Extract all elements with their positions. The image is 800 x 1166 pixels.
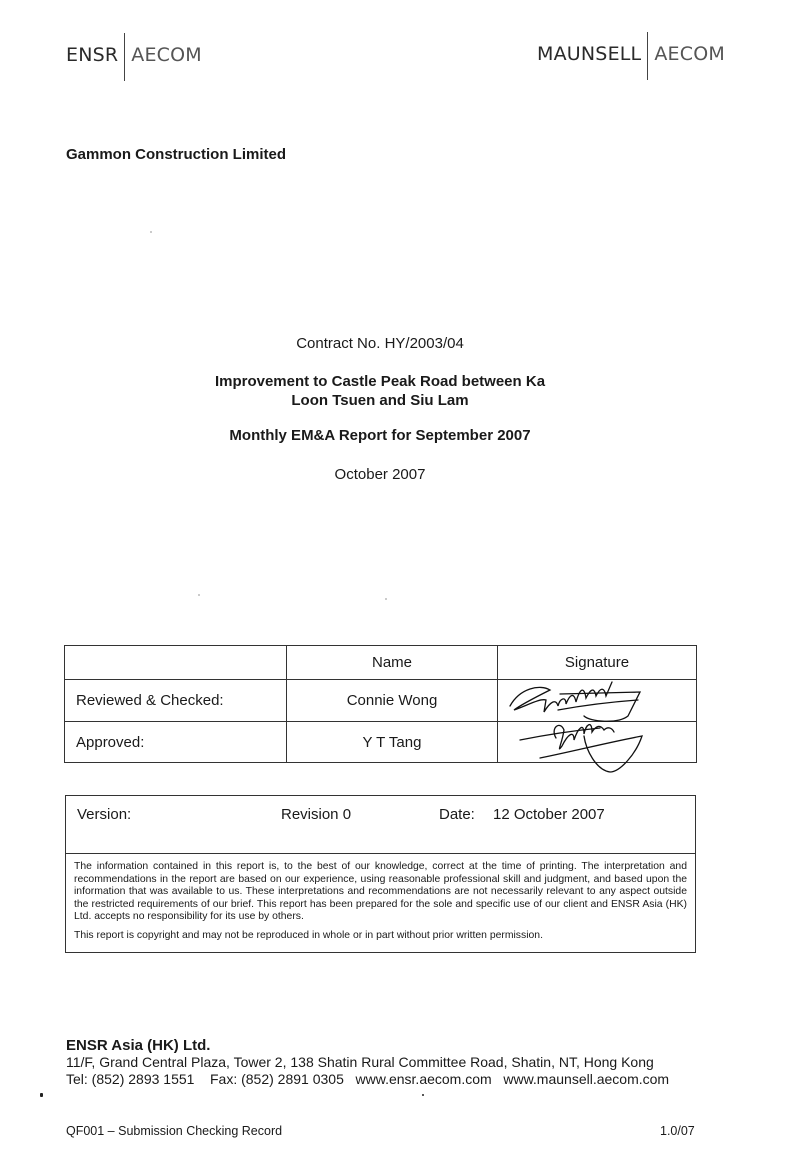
scan-speck <box>385 598 387 600</box>
client-name: Gammon Construction Limited <box>66 146 286 163</box>
signer-name: Y T Tang <box>287 722 498 763</box>
date-label: Date: <box>439 806 475 823</box>
company-contact: Tel: (852) 2893 1551 Fax: (852) 2891 030… <box>66 1071 669 1087</box>
table-header-row: Name Signature <box>65 646 697 680</box>
contract-number: Contract No. HY/2003/04 <box>0 335 760 352</box>
signature-scribble-icon <box>500 676 660 776</box>
version-info-box: Version: Revision 0 Date: 12 October 200… <box>65 795 696 953</box>
form-version: 1.0/07 <box>660 1124 695 1138</box>
project-title: Improvement to Castle Peak Road between … <box>0 372 760 410</box>
scan-speck <box>40 1093 43 1097</box>
logo-left-primary: ENSR <box>66 44 118 66</box>
scan-speck <box>150 231 152 233</box>
ensr-aecom-logo: ENSR AECOM <box>66 31 202 79</box>
header-blank <box>65 646 287 680</box>
report-date: October 2007 <box>0 466 760 483</box>
logo-left-secondary: AECOM <box>131 44 202 66</box>
signer-name: Connie Wong <box>287 680 498 722</box>
copyright-notice: This report is copyright and may not be … <box>74 930 687 943</box>
company-name: ENSR Asia (HK) Ltd. <box>66 1037 210 1054</box>
logo-divider <box>647 32 648 80</box>
disclaimer-section: The information contained in this report… <box>66 854 695 942</box>
report-title: Monthly EM&A Report for September 2007 <box>0 427 760 444</box>
form-code: QF001 – Submission Checking Record <box>66 1124 282 1138</box>
date-value: 12 October 2007 <box>493 806 605 823</box>
version-value: Revision 0 <box>281 806 351 823</box>
logo-right-secondary: AECOM <box>654 43 725 65</box>
header-name: Name <box>287 646 498 680</box>
scan-speck <box>198 594 200 596</box>
logo-right-primary: MAUNSELL <box>537 43 641 65</box>
logo-divider <box>124 33 125 81</box>
version-row: Version: Revision 0 Date: 12 October 200… <box>66 796 695 854</box>
header-signature: Signature <box>498 646 697 680</box>
maunsell-aecom-logo: MAUNSELL AECOM <box>537 30 725 78</box>
project-title-line1: Improvement to Castle Peak Road between … <box>0 372 760 391</box>
role-label: Approved: <box>65 722 287 763</box>
version-label: Version: <box>77 806 131 823</box>
disclaimer-text: The information contained in this report… <box>74 861 687 924</box>
project-title-line2: Loon Tsuen and Siu Lam <box>0 391 760 410</box>
scan-speck <box>422 1094 424 1096</box>
role-label: Reviewed & Checked: <box>65 680 287 722</box>
company-address: 11/F, Grand Central Plaza, Tower 2, 138 … <box>66 1054 654 1070</box>
